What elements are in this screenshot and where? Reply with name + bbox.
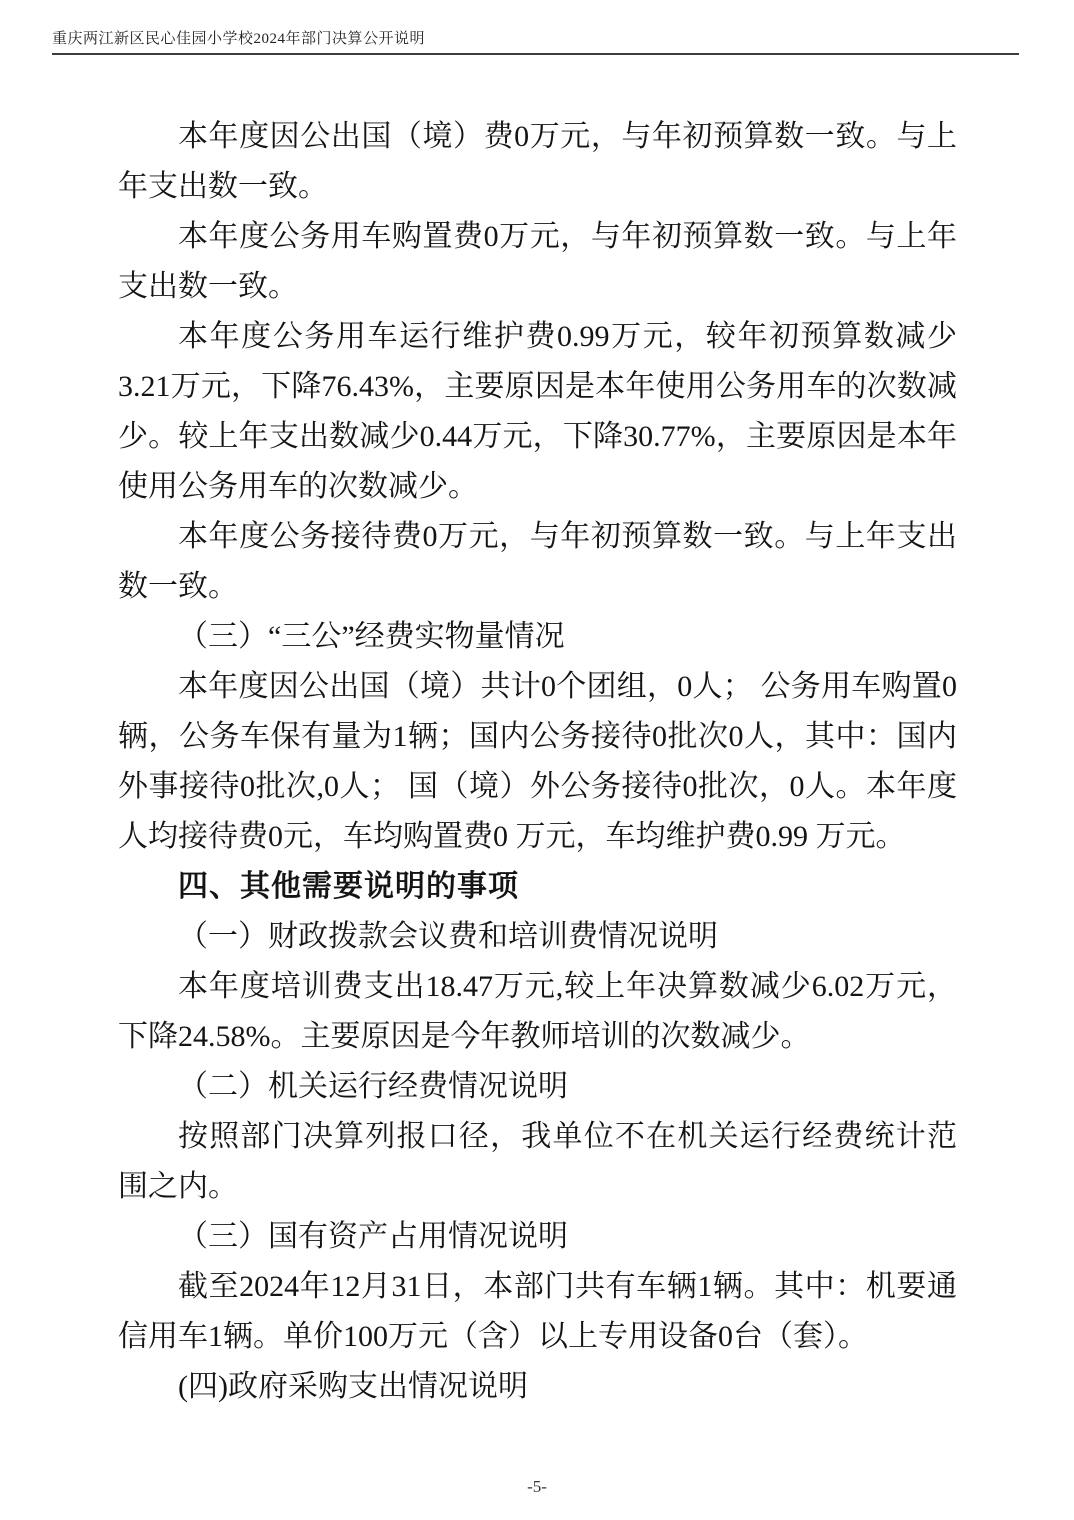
para-agency-operating-expense-detail: 按照部门决算列报口径，我单位不在机关运行经费统计范围之内。 [118, 1112, 957, 1212]
para-vehicle-maintenance-fee: 本年度公务用车运行维护费0.99万元，较年初预算数减少3.21万元，下降76.4… [118, 312, 957, 512]
heading-agency-operating-expense: （二）机关运行经费情况说明 [118, 1062, 957, 1112]
heading-three-public-physical-quantity: （三）“三公”经费实物量情况 [118, 612, 957, 662]
para-overseas-trip-fee: 本年度因公出国（境）费0万元，与年初预算数一致。与上年支出数一致。 [118, 112, 957, 212]
heading-government-procurement: (四)政府采购支出情况说明 [118, 1362, 957, 1412]
heading-state-assets-occupancy: （三）国有资产占用情况说明 [118, 1212, 957, 1262]
document-body: 本年度因公出国（境）费0万元，与年初预算数一致。与上年支出数一致。 本年度公务用… [118, 112, 957, 1412]
page-header: 重庆两江新区民心佳园小学校2024年部门决算公开说明 [52, 30, 1019, 55]
para-three-public-physical-detail: 本年度因公出国（境）共计0个团组，0人； 公务用车购置0辆，公务车保有量为1辆；… [118, 662, 957, 862]
document-page: 重庆两江新区民心佳园小学校2024年部门决算公开说明 本年度因公出国（境）费0万… [0, 0, 1074, 1520]
page-footer: -5- [0, 1477, 1074, 1497]
para-vehicle-purchase-fee: 本年度公务用车购置费0万元，与年初预算数一致。与上年支出数一致。 [118, 212, 957, 312]
para-training-fee-detail: 本年度培训费支出18.47万元,较上年决算数减少6.02万元，下降24.58%。… [118, 962, 957, 1062]
para-official-reception-fee: 本年度公务接待费0万元，与年初预算数一致。与上年支出数一致。 [118, 512, 957, 612]
heading-meeting-training-fee: （一）财政拨款会议费和培训费情况说明 [118, 912, 957, 962]
page-number: -5- [527, 1477, 547, 1496]
header-title: 重庆两江新区民心佳园小学校2024年部门决算公开说明 [52, 30, 1019, 48]
heading-other-matters: 四、其他需要说明的事项 [118, 862, 957, 912]
para-state-assets-detail: 截至2024年12月31日，本部门共有车辆1辆。其中：机要通信用车1辆。单价10… [118, 1262, 957, 1362]
